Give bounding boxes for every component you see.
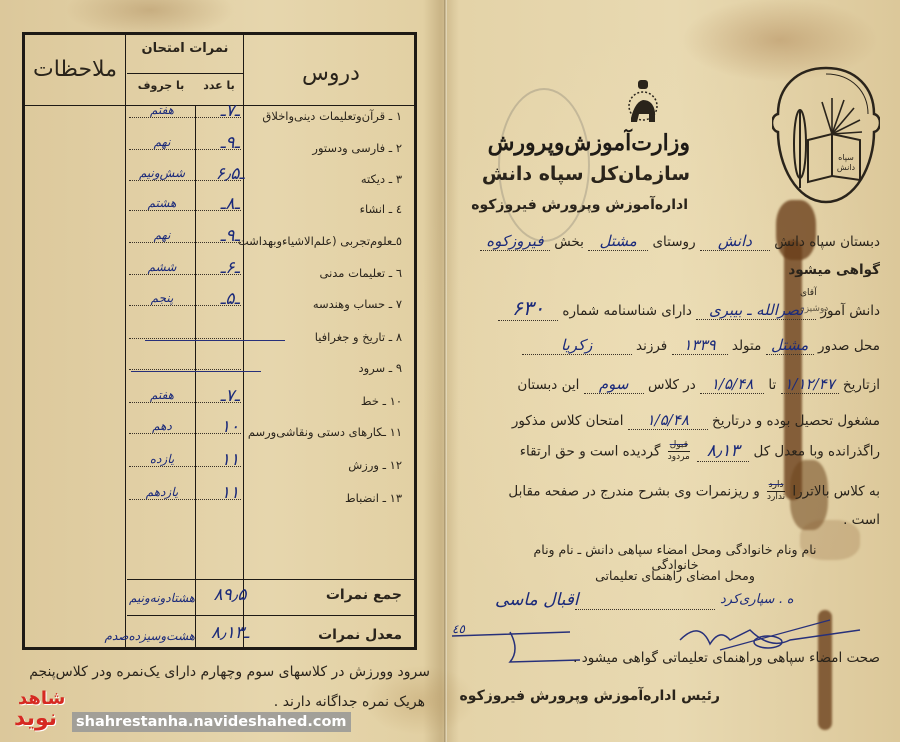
subject-label: ۹ ـ سرود	[358, 361, 402, 375]
score-number: ۱۱	[196, 483, 264, 503]
head-title: رئیس اداره‌آموزش وپرورش فیروزکوه	[460, 688, 720, 704]
label: دارای شناسنامه شماره	[562, 303, 691, 319]
subject-label: ۱۳ ـ انضباط	[345, 491, 402, 505]
label: ازتاریخ	[843, 377, 880, 393]
score-number: ـ۸ـ	[196, 194, 264, 214]
header-notes: ملاحظات	[25, 57, 125, 82]
label: و ریزنمرات وی بشرح مندرج در صفحه مقابل	[508, 484, 759, 500]
promotion-line: به کلاس بالاتررا دارد ندارد و ریزنمرات و…	[508, 480, 880, 503]
father-name: زکریا	[561, 336, 592, 354]
subject-label: ۱۲ ـ ورزش	[348, 458, 402, 472]
rejected-option: مردود	[668, 452, 690, 463]
has-option: دارد	[767, 480, 785, 492]
score-words: هفتم	[129, 103, 195, 117]
page-fold	[444, 0, 447, 742]
label: دبستان سپاه دانش	[774, 234, 880, 250]
literacy-corps-seal-icon: سپاه دانش	[772, 64, 880, 206]
score-number: ـ۶ـ	[196, 258, 264, 278]
score-words: یازدهم	[129, 485, 195, 499]
subject-label: ٦ ـ تعلیمات مدنی	[319, 266, 402, 280]
score-words: نهم	[129, 228, 195, 242]
office-title: اداره‌آموزش وپرورش فیروزکوه	[471, 197, 688, 213]
total-score-words: هشتاد‌ونه‌ونیم	[129, 591, 195, 605]
label: گردیده است و حق ارتقاء	[520, 444, 661, 460]
label: به کلاس بالاتررا	[792, 484, 880, 500]
result-line: راگذرانده وبا معدل کل ۸٫۱۳ قبول مردود گر…	[520, 440, 880, 463]
header-lessons: دروس	[243, 61, 419, 86]
score-words: پنجم	[129, 291, 195, 305]
ministry-title: وزارت‌آموزش‌وپرورش	[488, 130, 690, 156]
label: متولد	[732, 338, 761, 354]
student-name: نصرالله ـ بیبری	[709, 301, 803, 319]
score-words: ششم	[129, 260, 195, 274]
subject-label: ۸ ـ تاریخ و جغرافیا	[315, 330, 402, 344]
column-divider	[125, 35, 126, 647]
subject-label: ۱۰ ـ خط	[361, 394, 402, 408]
svg-text:دانش: دانش	[837, 163, 856, 172]
accepted-option: قبول	[668, 440, 690, 452]
date-range-line: ازتاریخ ۱/۱۲/۴۷ تا ۱/۵/۴۸ در کلاس سوم ای…	[517, 375, 880, 394]
verification-line: صحت امضاء سپاهی وراهنمای تعلیماتی گواهی …	[573, 650, 880, 666]
subject-label: ۷ ـ حساب وهندسه	[313, 297, 402, 311]
footnote-line-1: سرود وورزش در کلاسهای سوم وچهارم دارای ی…	[29, 664, 430, 680]
header-divider	[127, 73, 243, 74]
is-line: است .	[843, 512, 880, 528]
signature-caption-2: ومحل امضای راهنمای تعلیماتی	[560, 568, 790, 583]
village-value: مشتل	[600, 232, 637, 250]
score-number: ۱۰	[196, 417, 264, 437]
subject-label: ٤ ـ انشاء	[360, 202, 402, 216]
score-number: ـ۷ـ	[196, 386, 264, 406]
organization-title: سازمان‌کل سپاه دانش	[482, 163, 690, 185]
svg-text:سپاه: سپاه	[838, 153, 854, 162]
signature-guide: اقبال ماسی	[495, 590, 579, 610]
subject-label: ۱۱ ـکارهای دستی ونقاشی‌ورسم	[248, 425, 402, 439]
student-line: دانش آموز نصرالله ـ بیبری دارای شناسنامه…	[498, 296, 880, 321]
school-line: دبستان سپاه دانش دانش روستای مشتل بخش فی…	[480, 232, 880, 251]
watermark-logo: شاهد نوید	[12, 690, 72, 734]
score-number: ـ۶٫۵	[196, 164, 264, 184]
district-value: فیروزکوه	[486, 232, 543, 250]
birth-year: ۱۳۳۹	[683, 336, 715, 354]
exam-date: ۱/۵/۴۸	[647, 411, 689, 429]
has-not-option: ندارد	[767, 492, 785, 503]
issued-place: مشتل	[771, 336, 808, 354]
id-number: ۶۳۰	[512, 296, 544, 320]
label: محل صدور	[818, 338, 880, 354]
score-number: ۱۱	[196, 450, 264, 470]
average-label: معدل نمرات	[318, 627, 402, 643]
total-label: جمع نمرات	[326, 587, 402, 603]
score-words: دهم	[129, 419, 195, 433]
total-divider	[127, 579, 414, 580]
to-date: ۱/۵/۴۸	[711, 375, 753, 393]
column-divider	[243, 35, 244, 647]
lion-and-sun-emblem-icon	[625, 78, 661, 126]
class-value: سوم	[599, 375, 629, 393]
label: راگذرانده وبا معدل کل	[753, 444, 880, 460]
from-date: ۱/۱۲/۴۷	[784, 375, 834, 393]
label: روستای	[652, 234, 695, 250]
total-score: ۸۹٫۵	[196, 585, 264, 605]
exam-line: مشغول تحصیل بوده و درتاریخ ۱/۵/۴۸ امتحان…	[512, 411, 880, 430]
label: در کلاس	[648, 377, 696, 393]
cross-out-line	[131, 371, 261, 372]
margin-note: ٤٥	[452, 622, 465, 636]
average-score: ـ۸٫۱۳	[196, 623, 264, 643]
score-dotted-line	[129, 338, 241, 339]
birth-line: محل صدور مشتل متولد ۱۳۳۹ فرزند زکریا	[522, 336, 880, 355]
certify-line: گواهی میشود	[788, 262, 880, 278]
score-number: ـ۵ـ	[196, 289, 264, 309]
score-words: نهم	[129, 135, 195, 149]
header-by-number: با عدد	[195, 79, 243, 92]
has-hasnot-choice: دارد ندارد	[767, 480, 785, 503]
label: مشغول تحصیل بوده و درتاریخ	[712, 413, 880, 429]
signature-corps-member: ه . سپاری‌کرد	[720, 592, 794, 607]
score-dotted-line	[129, 369, 241, 370]
overall-average: ۸٫۱۳	[707, 441, 740, 461]
subject-label: ۱ ـ قرآن‌وتعلیمات دینی‌واخلاق	[262, 109, 402, 123]
header-by-letters: با جروف	[127, 79, 195, 92]
label: دانش آموز	[821, 303, 881, 319]
average-divider	[127, 615, 414, 616]
average-score-words: هشت‌وسیزده‌صدم	[129, 629, 195, 643]
score-words: یازده	[129, 452, 195, 466]
grade-table: ملاحظات نمرات امتحان با عدد با جروف دروس…	[22, 32, 417, 650]
school-value: دانش	[718, 232, 752, 250]
watermark-logo-line2: نوید	[14, 708, 57, 730]
accepted-rejected-choice: قبول مردود	[668, 440, 690, 463]
score-words: هشتم	[129, 196, 195, 210]
watermark-url: shahrestanha.navideshahed.com	[72, 712, 351, 732]
subject-label: ۲ ـ فارسی ودستور	[312, 141, 402, 155]
header-exam-scores: نمرات امتحان	[127, 41, 243, 56]
label: فرزند	[636, 338, 667, 354]
subject-label: ۳ ـ دیکته	[361, 172, 402, 186]
label: تا	[768, 377, 776, 393]
footnote-line-2: هریک نمره جداگانه دارند .	[274, 694, 425, 710]
score-words: هفتم	[129, 388, 195, 402]
label: این دبستان	[517, 377, 579, 393]
score-number: ـ۷ـ	[196, 101, 264, 121]
score-number: ـ۹ـ	[196, 133, 264, 153]
score-number: ـ۹ـ	[196, 226, 264, 246]
label: بخش	[554, 234, 584, 250]
score-words: شش‌ونیم	[129, 166, 195, 180]
cross-out-line	[145, 340, 285, 341]
column-divider	[195, 105, 196, 647]
label: امتحان کلاس مذکور	[512, 413, 624, 429]
